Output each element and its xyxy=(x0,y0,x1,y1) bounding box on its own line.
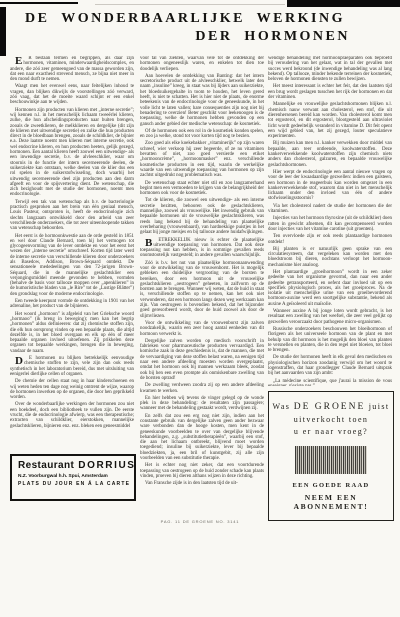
groene-ad-question-line-1: Was DE GROENE juist xyxy=(269,401,393,414)
drop-cap-letter: B xyxy=(140,238,153,248)
body-paragraph: Injecties van het hormoon thyroxine (uit… xyxy=(268,216,392,232)
body-paragraph: En hier hebben wij tevens de vinger gele… xyxy=(140,396,264,412)
text-column-middle: voor tal van ziekten, waarvan vele tot d… xyxy=(140,56,264,512)
body-paragraph: Bij planten is er natuurlijk geen sprake… xyxy=(268,247,392,268)
body-paragraph: BETREKKELIJK nieuw is echter de plaatsel… xyxy=(140,238,264,259)
body-paragraph: De zwelling verdween zoodra zij op een a… xyxy=(140,383,264,394)
body-paragraph: Over de wonderbaarlijke werkingen der ho… xyxy=(10,402,134,428)
body-paragraph: Dergelijke zalven worden op medisch voor… xyxy=(140,339,264,381)
body-paragraph: ER bestaan termen en begrippen, als daar… xyxy=(10,56,134,82)
scan-mark-top-left-horizontal xyxy=(0,2,78,4)
body-paragraph: De chemie der cellen staat nog in haar k… xyxy=(10,379,134,400)
body-paragraph: Bij muizen kan men n.l. kanker verwekken… xyxy=(268,141,392,167)
body-paragraph: Zoo goed als elke koekebakker „vitaminer… xyxy=(140,141,264,178)
groene-ad-brand: DE GROENE xyxy=(294,402,366,412)
groene-subscription-ad[interactable]: Was DE GROENE juist uitverkocht toen u e… xyxy=(268,391,394,521)
restaurant-ad-brand: DORRIUS xyxy=(78,460,135,471)
body-paragraph: Voor de ontwikkeling van de vrouwenborst… xyxy=(140,321,264,337)
restaurant-dorrius-ad[interactable]: RestaurantDORRIUS N.Z. Voorburgwal h.h. … xyxy=(10,454,136,501)
body-paragraph: Of de hormonen ook een rol in de kosmeti… xyxy=(140,129,264,140)
body-paragraph: Het eerst is de hormoonkwestie aan de or… xyxy=(10,234,134,298)
body-paragraph: Mannelijke en vrouwelijke geslachtshormo… xyxy=(268,102,392,139)
headline-line-1: DE WONDERBAARLIJKE WERKING xyxy=(20,11,350,27)
drop-cap-letter: E xyxy=(10,56,23,66)
scan-mark-faint-line xyxy=(95,4,285,5)
body-paragraph: De wetenschap staat echter niet stil en … xyxy=(140,181,264,197)
body-paragraph: DE hormonen nu blijken betrekkelijk eenv… xyxy=(10,356,134,377)
article-headline: DE WONDERBAARLIJKE WERKING DER HORMONEN xyxy=(20,11,350,45)
body-paragraph: Terwijl een tak van wetenschap als b.v. … xyxy=(10,200,134,232)
groene-ad-word-juist: juist xyxy=(369,402,390,411)
groene-ad-question-line-3: u er naar vroeg? xyxy=(269,426,393,439)
page-footer-caption: PAG. 11 DE GROENE No. 3141 xyxy=(0,519,400,524)
body-paragraph: Tot de klieren, die zoowel een uitwendig… xyxy=(140,198,264,235)
magazine-page: DE WONDERBAARLIJKE WERKING DER HORMONEN … xyxy=(0,0,400,617)
scan-mark-left-vertical xyxy=(0,7,6,56)
body-paragraph: voor tal van ziekten, waarvan vele tot d… xyxy=(140,56,264,72)
body-paragraph: Van Fransche zijde is in den laatsten ti… xyxy=(140,481,264,486)
body-paragraph: Waagt men het evenwel eens, naar feiteli… xyxy=(10,84,134,105)
body-paragraph: Een tweede keerpunt vormde de ontdekking… xyxy=(10,299,134,310)
restaurant-ad-name: Restaurant xyxy=(18,460,74,471)
body-paragraph: Aan hoevelen de ontdekking van Banting: … xyxy=(140,74,264,127)
text-column-left: ER bestaan termen en begrippen, als daar… xyxy=(10,56,134,447)
headline-line-2: DER HORMONEN xyxy=(20,29,350,45)
body-paragraph: De studie der hormonen heeft in elk geva… xyxy=(268,355,392,376)
body-paragraph: Zóó is b.v. het nut van plaatselijke hor… xyxy=(140,261,264,319)
text-column-right: wendige behandeling met hormoonpraeparat… xyxy=(268,56,392,386)
drop-cap-letter: D xyxy=(10,356,24,366)
body-paragraph: Ten overvloede zijn er ook reeds plantaa… xyxy=(268,234,392,245)
body-paragraph: Hier werpt de endocrinologie een aantal … xyxy=(268,170,392,202)
restaurant-ad-title: RestaurantDORRIUS xyxy=(18,460,134,471)
body-paragraph: „La médecine scientifique, que j'aurai l… xyxy=(268,379,392,386)
body-paragraph: Via het cholesterol nadert de studie der… xyxy=(268,204,392,215)
body-paragraph: Het meest interessant is echter het feit… xyxy=(268,84,392,100)
body-paragraph: Het woord „hormoon” is afgeleid van het … xyxy=(10,312,134,354)
halftone-fine-print-block xyxy=(295,446,367,474)
body-paragraph: Hormonen zijn producten van klieren met … xyxy=(10,108,134,198)
groene-ad-question-line-2: uitverkocht toen xyxy=(269,414,393,427)
body-paragraph: En zelfs dat zou een erg nog niet zijn, … xyxy=(140,414,264,462)
body-paragraph: Het is echter nog niet zeker, dat een vo… xyxy=(140,463,264,479)
restaurant-ad-tagline: PLATS DU JOUR EN Á LA CARTE xyxy=(18,481,134,487)
groene-ad-cta: NEEM EEN ABONNEMENT! xyxy=(269,493,393,511)
body-paragraph: Het plantaardige „groeihormoon” wordt in… xyxy=(268,270,392,307)
body-paragraph: Russische onderzoekers beschouwen het bl… xyxy=(268,327,392,353)
groene-ad-word-was: Was xyxy=(273,402,291,411)
scan-mark-top-right xyxy=(287,0,400,7)
body-paragraph: wendige behandeling met hormoonpraeparat… xyxy=(268,56,392,82)
restaurant-ad-address: N.Z. Voorburgwal h.h. Spui, Amsterdam xyxy=(18,474,134,479)
body-paragraph: Wanneer auxine A bij jonge loten wordt g… xyxy=(268,309,392,325)
groene-ad-advice: EEN GOEDE RAAD xyxy=(269,482,393,489)
